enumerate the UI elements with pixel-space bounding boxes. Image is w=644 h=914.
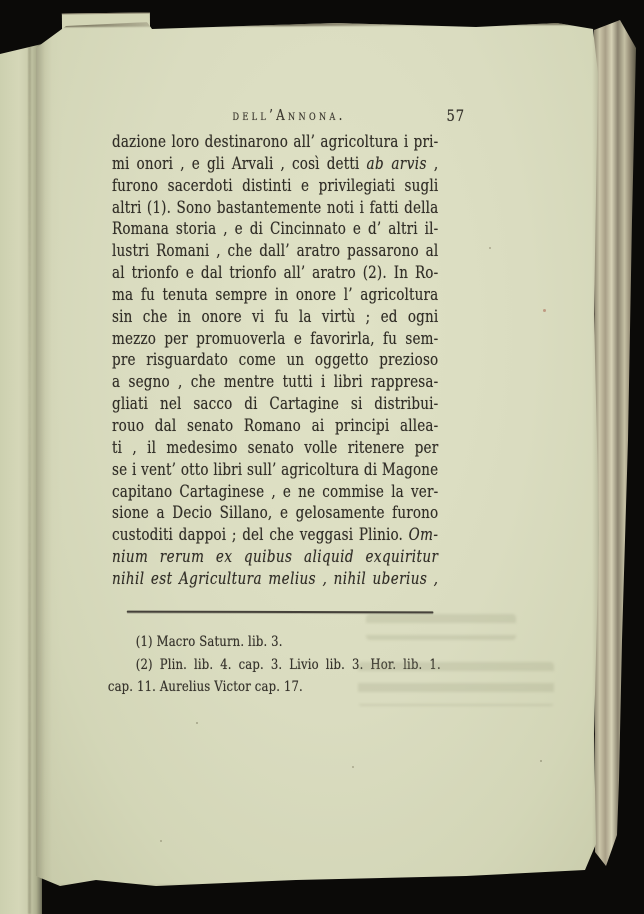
paper-speck xyxy=(540,760,542,762)
text-run: altri (1). Sono bastantemente noti i fat… xyxy=(112,198,438,217)
body-text-line: al trionfo e dal trionfo all’ aratro (2)… xyxy=(112,262,438,284)
latin-italic-run: ab arvis xyxy=(366,154,426,173)
fore-edge-page-stack xyxy=(590,20,638,876)
body-text-line: pre risguardato come un oggetto prezioso xyxy=(112,349,438,371)
body-text-line: ti , il medesimo senato volle ritenere p… xyxy=(112,437,438,459)
page-crease xyxy=(28,44,31,914)
facing-page-fold xyxy=(0,44,42,914)
body-text-line: capitano Cartaginese , e ne commise la v… xyxy=(112,481,438,503)
body-text-line: altri (1). Sono bastantemente noti i fat… xyxy=(112,197,438,219)
text-run: sione a Decio Sillano, e gelosamente fur… xyxy=(112,503,438,522)
body-text-line: sione a Decio Sillano, e gelosamente fur… xyxy=(112,502,438,524)
text-run: custoditi dappoi ; del che veggasi Plini… xyxy=(112,525,409,544)
paper-speck xyxy=(160,840,162,842)
paper-speck xyxy=(196,722,198,724)
body-text-line: mezzo per promuoverla e favorirla, fu se… xyxy=(112,328,438,350)
bottom-edge-shadow xyxy=(36,883,602,892)
body-text-line: rouo dal senato Romano ai principi allea… xyxy=(112,415,438,437)
footnotes: (1) Macro Saturn. lib. 3.(2) Plin. lib. … xyxy=(108,631,441,699)
body-text-line: mi onori , e gli Arvali , così detti ab … xyxy=(112,153,438,175)
text-run: Romana storia , e di Cincinnato e d’ alt… xyxy=(112,219,438,238)
text-run: a segno , che mentre tutti i libri rappr… xyxy=(112,372,438,391)
text-run: ti , il medesimo senato volle ritenere p… xyxy=(112,438,438,457)
text-run: ma fu tenuta sempre in onore l’ agricolt… xyxy=(112,285,438,304)
text-run: pre risguardato come un oggetto prezioso xyxy=(112,350,438,369)
body-text-line: gliati nel sacco di Cartagine si distrib… xyxy=(112,393,438,415)
text-run: mi onori , e gli Arvali , così detti xyxy=(112,154,366,173)
running-header: dell’Annona. xyxy=(126,108,452,124)
body-text-line: sin che in onore vi fu la virtù ; ed ogn… xyxy=(112,306,438,328)
text-run: lustri Romani , che dall’ aratro passaro… xyxy=(112,241,438,260)
text-run: , xyxy=(427,154,439,173)
book-scan: dell’Annona. 57 dazione loro destinarono… xyxy=(0,0,644,914)
body-text-line: dazione loro destinarono all’ agricoltur… xyxy=(112,131,438,153)
book-page: dell’Annona. 57 dazione loro destinarono… xyxy=(36,14,602,892)
latin-italic-run: nium rerum ex quibus aliquid exquiritur xyxy=(112,547,438,566)
text-run: furono sacerdoti distinti e privilegiati… xyxy=(112,176,438,195)
body-text-line: Romana storia , e di Cincinnato e d’ alt… xyxy=(112,218,438,240)
footnote-line: (1) Macro Saturn. lib. 3. xyxy=(108,631,441,654)
text-run: rouo dal senato Romano ai principi allea… xyxy=(112,416,438,435)
page-number: 57 xyxy=(447,106,465,125)
latin-italic-run: nihil est Agricultura melius , nihil ube… xyxy=(112,569,438,588)
text-run: capitano Cartaginese , e ne commise la v… xyxy=(112,482,438,501)
paper-speck xyxy=(489,247,491,249)
text-run: mezzo per promuoverla e favorirla, fu se… xyxy=(112,329,438,348)
text-run: se i vent’ otto libri sull’ agricoltura … xyxy=(112,460,438,479)
body-text-line: furono sacerdoti distinti e privilegiati… xyxy=(112,175,438,197)
footnote-line: cap. 11. Aurelius Victor cap. 17. xyxy=(108,676,441,699)
body-text-line: a segno , che mentre tutti i libri rappr… xyxy=(112,371,438,393)
latin-italic-run: Om- xyxy=(409,525,439,544)
text-run: gliati nel sacco di Cartagine si distrib… xyxy=(112,394,438,413)
gutter-shadow xyxy=(36,14,62,892)
footnote-line: (2) Plin. lib. 4. cap. 3. Livio lib. 3. … xyxy=(108,654,441,677)
body-text-line: se i vent’ otto libri sull’ agricoltura … xyxy=(112,459,438,481)
text-run: sin che in onore vi fu la virtù ; ed ogn… xyxy=(112,307,438,326)
body-text-line: lustri Romani , che dall’ aratro passaro… xyxy=(112,240,438,262)
text-run: al trionfo e dal trionfo all’ aratro (2)… xyxy=(112,263,438,282)
paper-speck xyxy=(352,766,354,768)
body-text-line: custoditi dappoi ; del che veggasi Plini… xyxy=(112,524,438,546)
body-text: dazione loro destinarono all’ agricoltur… xyxy=(112,131,438,590)
text-block: dell’Annona. 57 dazione loro destinarono… xyxy=(112,108,438,124)
body-text-line: nihil est Agricultura melius , nihil ube… xyxy=(112,568,438,590)
body-text-line: ma fu tenuta sempre in onore l’ agricolt… xyxy=(112,284,438,306)
text-run: dazione loro destinarono all’ agricoltur… xyxy=(112,132,438,151)
body-text-line: nium rerum ex quibus aliquid exquiritur xyxy=(112,546,438,568)
paper-speck xyxy=(543,309,546,312)
footnote-separator-rule xyxy=(127,611,434,614)
